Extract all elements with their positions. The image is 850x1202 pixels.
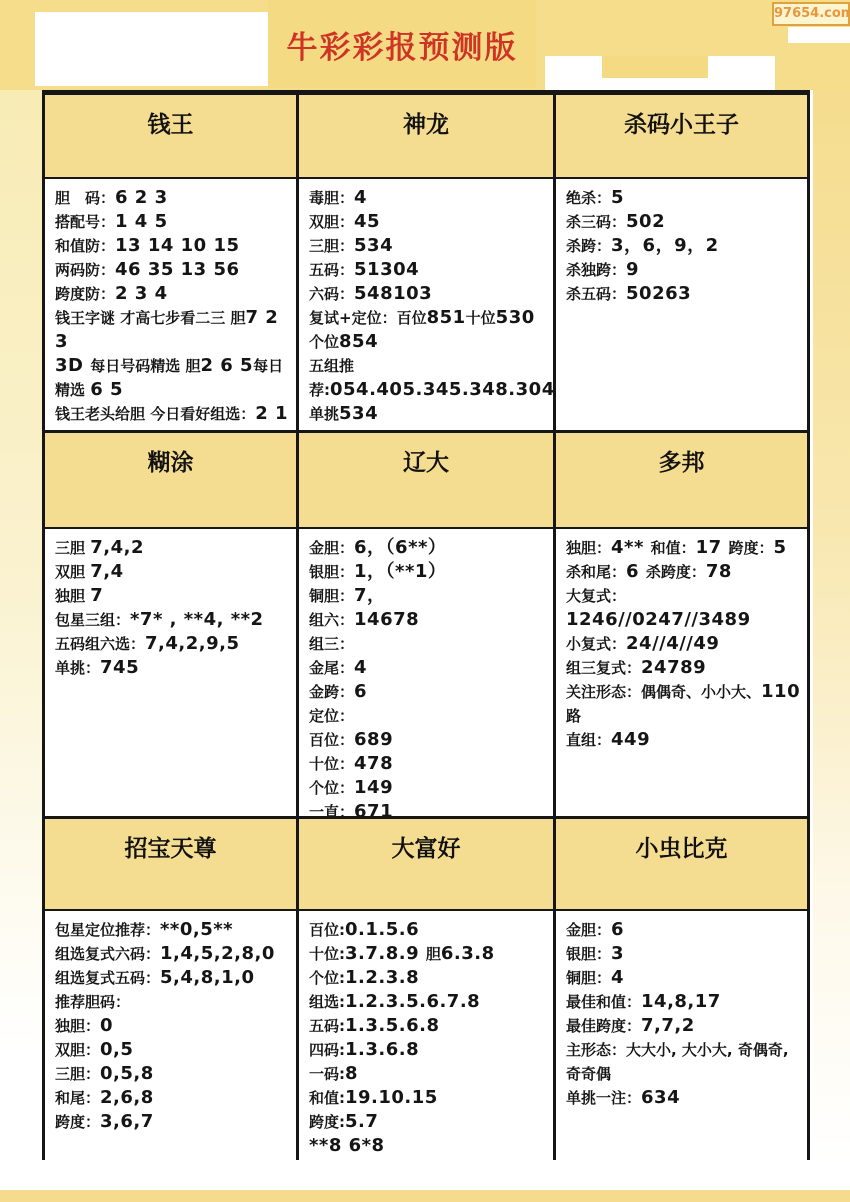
prediction-numbers: 3 xyxy=(198,427,211,430)
prediction-numbers: 14,8,17 xyxy=(641,991,721,1012)
prediction-numbers: 1,4,5,2,8,0 xyxy=(160,943,275,964)
panel-title: 多邦 xyxy=(556,433,807,529)
prediction-numbers: 6 xyxy=(626,561,646,582)
prediction-numbers: 4 xyxy=(611,967,624,988)
prediction-panel: 神龙毒胆：4双胆：45三胆：534五码：51304六码：548103复试+定位：… xyxy=(299,95,553,430)
panel-title: 招宝天尊 xyxy=(45,819,296,911)
prediction-line: 组选:1.2.3.5.6.7.8 xyxy=(309,990,547,1014)
prediction-line: 小复式：24//4//49 xyxy=(566,632,801,656)
prediction-numbers: 7,4 xyxy=(90,561,123,582)
prediction-line: 银胆：3 xyxy=(566,942,801,966)
panel-title: 杀码小王子 xyxy=(556,95,807,179)
panel-title: 神龙 xyxy=(299,95,553,179)
prediction-line: 金尾：4 xyxy=(309,656,547,680)
top-banner: 牛彩彩报预测版 97654.com xyxy=(0,0,850,90)
panel-title: 糊涂 xyxy=(45,433,296,529)
prediction-numbers: 854 xyxy=(339,331,378,352)
panel-body: 百位:0.1.5.6十位:3.7.8.9 胆6.3.8个位:1.2.3.8组选:… xyxy=(299,911,553,1160)
prediction-line: 单挑：745 xyxy=(55,656,290,680)
prediction-numbers: 6 xyxy=(611,919,624,940)
prediction-line: 三胆：534 xyxy=(309,234,547,258)
panel-body: 包星定位推荐：**0,5**组选复式六码：1,4,5,2,8,0组选复式五码：5… xyxy=(45,911,296,1160)
panel-title: 辽大 xyxy=(299,433,553,529)
prediction-numbers: 1.3.5.6.8 xyxy=(345,1015,439,1036)
prediction-line: 五码：51304 xyxy=(309,258,547,282)
right-margin xyxy=(813,90,850,1160)
prediction-numbers: 4 xyxy=(354,187,367,208)
prediction-line: 百位：689 xyxy=(309,728,547,752)
prediction-line: 杀三码：502 xyxy=(566,210,801,234)
prediction-numbers: 0,5,8 xyxy=(100,1063,154,1084)
prediction-line: 五组推荐:054.405.345.348.304. xyxy=(309,354,547,402)
prediction-line: 胆 码：6 2 3 xyxy=(55,186,290,210)
prediction-line: 跨度防：2 3 4 xyxy=(55,282,290,306)
prediction-panel: 辽大金胆：6，（6**）银胆：1，（**1）铜胆：7，组六：14678组三：金尾… xyxy=(299,433,553,816)
prediction-line: 最佳跨度：7,7,2 xyxy=(566,1014,801,1038)
prediction-line: 绝杀：5 xyxy=(566,186,801,210)
prediction-line: 主形态：大大小, 大小大, 奇偶奇, 奇奇偶 xyxy=(566,1038,801,1086)
prediction-panel: 小虫比克金胆：6银胆：3铜胆：4最佳和值：14,8,17最佳跨度：7,7,2主形… xyxy=(556,819,807,1160)
prediction-numbers: 548103 xyxy=(354,283,432,304)
prediction-numbers: 51304 xyxy=(354,259,419,280)
prediction-line: 组三： xyxy=(309,632,547,656)
prediction-line: 金胆：6 xyxy=(566,918,801,942)
prediction-line: 独胆：0 xyxy=(55,1014,290,1038)
prediction-line: 杀跨：3，6，9，2 xyxy=(566,234,801,258)
prediction-panel: 招宝天尊包星定位推荐：**0,5**组选复式六码：1,4,5,2,8,0组选复式… xyxy=(45,819,296,1160)
prediction-line: 和尾：2,6,8 xyxy=(55,1086,290,1110)
prediction-panel: 杀码小王子绝杀：5杀三码：502杀跨：3，6，9，2杀独跨：9杀五码：50263 xyxy=(556,95,807,430)
prediction-line: 组选复式五码：5,4,8,1,0 xyxy=(55,966,290,990)
prediction-numbers: 24789 xyxy=(641,657,706,678)
prediction-numbers: 46 35 13 56 xyxy=(115,259,240,280)
panel-title: 大富好 xyxy=(299,819,553,911)
panel-body: 独胆：4** 和值：17 跨度：5 杀和尾：6 杀跨度：78大复式：1246//… xyxy=(556,529,807,816)
panel-body: 三胆 7,4,2双胆 7,4独胆 7包星三组：*7* , **4, **2五码组… xyxy=(45,529,296,816)
prediction-numbers: 0.1.5.6 xyxy=(345,919,419,940)
prediction-line: 六码：548103 xyxy=(309,282,547,306)
prediction-line: 包星三组：*7* , **4, **2 xyxy=(55,608,290,632)
prediction-numbers: 4** xyxy=(611,537,651,558)
prediction-numbers: 2 1 3 xyxy=(55,403,288,430)
prediction-numbers: 5 xyxy=(774,537,787,558)
prediction-numbers: 24//4//49 xyxy=(626,633,719,654)
prediction-numbers: 851 xyxy=(427,307,466,328)
prediction-line: 百位:0.1.5.6 xyxy=(309,918,547,942)
prediction-line: 包星定位推荐：**0,5** xyxy=(55,918,290,942)
prediction-line: 两码防：46 35 13 56 xyxy=(55,258,290,282)
prediction-line: 3D 每日号码精选 胆2 6 5每日精选 6 5 xyxy=(55,354,290,402)
prediction-line: 搭配号：1 4 5 xyxy=(55,210,290,234)
prediction-numbers: 534 xyxy=(339,403,378,424)
prediction-numbers: 3D xyxy=(55,355,90,376)
prediction-line: 毒胆：4 xyxy=(309,186,547,210)
prediction-line: 钱王字谜 才高七步看二三 胆7 2 3 xyxy=(55,306,290,354)
prediction-numbers: **8 6*8 xyxy=(309,1135,385,1156)
prediction-numbers: 502 xyxy=(626,211,665,232)
prediction-numbers: 5,4,8,1,0 xyxy=(160,967,254,988)
prediction-line: 双胆：45 xyxy=(309,210,547,234)
prediction-numbers: 449 xyxy=(611,729,650,750)
prediction-line: 单挑一注：634 xyxy=(566,1086,801,1110)
prediction-numbers: 0 xyxy=(100,1015,113,1036)
prediction-line: 杀独跨：9 xyxy=(566,258,801,282)
prediction-line: 四码:1.3.6.8 xyxy=(309,1038,547,1062)
prediction-numbers: 634 xyxy=(641,1087,680,1108)
prediction-numbers: 7 2 3 xyxy=(55,307,278,352)
prediction-line: 五码组六选：7,4,2,9,5 xyxy=(55,632,290,656)
panel-body: 毒胆：4双胆：45三胆：534五码：51304六码：548103复试+定位：百位… xyxy=(299,179,553,430)
prediction-line: 单挑534 xyxy=(309,402,547,426)
prediction-line: 直组：449 xyxy=(566,728,801,752)
prediction-line: 钱王老头给胆 今日看好组选：2 1 3百位2 十位1 个位3 xyxy=(55,402,290,430)
prediction-numbers: 5 xyxy=(611,187,624,208)
prediction-numbers: 7,7,2 xyxy=(641,1015,695,1036)
prediction-numbers: 14678 xyxy=(354,609,419,630)
panel-title: 小虫比克 xyxy=(556,819,807,911)
prediction-numbers: 7,4,2,9,5 xyxy=(145,633,239,654)
prediction-line: 复试+定位：百位851十位530个位854 xyxy=(309,306,547,354)
panel-body: 绝杀：5杀三码：502杀跨：3，6，9，2杀独跨：9杀五码：50263 xyxy=(556,179,807,430)
prediction-numbers: 745 xyxy=(100,657,139,678)
prediction-numbers: 1.2.3.8 xyxy=(345,967,419,988)
prediction-numbers: 530 xyxy=(496,307,535,328)
prediction-numbers: 3 xyxy=(611,943,624,964)
prediction-numbers: 6 2 3 xyxy=(115,187,168,208)
prediction-line: 一直：671 xyxy=(309,800,547,816)
prediction-panel: 钱王胆 码：6 2 3搭配号：1 4 5和值防：13 14 10 15两码防：4… xyxy=(45,95,296,430)
prediction-line: 个位:1.2.3.8 xyxy=(309,966,547,990)
bottom-margin xyxy=(0,1190,850,1202)
prediction-numbers: 6.3.8 xyxy=(441,943,495,964)
prediction-numbers: 054.405.345.348.304. xyxy=(330,379,553,400)
prediction-line: 金跨：6 xyxy=(309,680,547,704)
prediction-numbers: 7， xyxy=(354,585,386,606)
prediction-numbers: **0,5** xyxy=(160,919,233,940)
blank-notch xyxy=(788,27,850,43)
prediction-numbers: 1，（**1） xyxy=(354,561,446,582)
prediction-numbers: *7* , **4, **2 xyxy=(130,609,264,630)
prediction-board: 钱王胆 码：6 2 3搭配号：1 4 5和值防：13 14 10 15两码防：4… xyxy=(42,90,810,1160)
prediction-line: 跨度：3,6,7 xyxy=(55,1110,290,1134)
prediction-line: 三胆：0,5,8 xyxy=(55,1062,290,1086)
prediction-line: 组三复式：24789 xyxy=(566,656,801,680)
prediction-line: 推荐胆码： xyxy=(55,990,290,1014)
prediction-numbers: 50263 xyxy=(626,283,691,304)
prediction-numbers: 1 xyxy=(148,427,168,430)
prediction-line: 铜胆：7， xyxy=(309,584,547,608)
prediction-numbers: 2 6 5 xyxy=(200,355,253,376)
panel-body: 金胆：6银胆：3铜胆：4最佳和值：14,8,17最佳跨度：7,7,2主形态：大大… xyxy=(556,911,807,1160)
prediction-numbers: 689 xyxy=(354,729,393,750)
prediction-line: 杀五码：50263 xyxy=(566,282,801,306)
prediction-numbers: 4 xyxy=(354,657,367,678)
prediction-line: 和值防：13 14 10 15 xyxy=(55,234,290,258)
prediction-numbers: 1 4 5 xyxy=(115,211,168,232)
prediction-line: 双胆 7,4 xyxy=(55,560,290,584)
prediction-numbers: 17 xyxy=(696,537,729,558)
prediction-numbers: 2 xyxy=(98,427,118,430)
prediction-numbers: 534 xyxy=(354,235,393,256)
prediction-line: 铜胆：4 xyxy=(566,966,801,990)
prediction-numbers: 45 xyxy=(354,211,380,232)
panel-body: 金胆：6，（6**）银胆：1，（**1）铜胆：7，组六：14678组三：金尾：4… xyxy=(299,529,553,816)
prediction-numbers: 1.3.6.8 xyxy=(345,1039,419,1060)
prediction-line: 关注形态：偶偶奇、小小大、110路 xyxy=(566,680,801,728)
prediction-line: 一码:8 xyxy=(309,1062,547,1086)
prediction-numbers: 671 xyxy=(354,801,393,816)
prediction-line: 独胆：4** 和值：17 跨度：5 杀和尾：6 杀跨度：78 xyxy=(566,536,801,584)
prediction-numbers: 13 14 10 15 xyxy=(115,235,240,256)
prediction-line: 双胆：0,5 xyxy=(55,1038,290,1062)
prediction-line: 金胆：6，（6**） xyxy=(309,536,547,560)
prediction-line: 个位：149 xyxy=(309,776,547,800)
prediction-numbers: 8 xyxy=(345,1063,358,1084)
prediction-line: **8 6*8 xyxy=(309,1134,547,1158)
prediction-line: 十位：478 xyxy=(309,752,547,776)
panel-title: 钱王 xyxy=(45,95,296,179)
prediction-numbers: 6，（6**） xyxy=(354,537,446,558)
prediction-numbers: 78 xyxy=(706,561,732,582)
prediction-line: 十位:3.7.8.9 胆6.3.8 xyxy=(309,942,547,966)
prediction-numbers: 5.7 xyxy=(345,1111,378,1132)
prediction-line: 组六：14678 xyxy=(309,608,547,632)
lottery-prediction-sheet: 牛彩彩报预测版 97654.com 钱王胆 码：6 2 3搭配号：1 4 5和值… xyxy=(0,0,850,1202)
prediction-numbers: 3，6，9，2 xyxy=(611,235,719,256)
prediction-numbers: 7,4,2 xyxy=(90,537,144,558)
prediction-numbers: 2,6,8 xyxy=(100,1087,154,1108)
prediction-numbers: 478 xyxy=(354,753,393,774)
prediction-line: 跨度:5.7 xyxy=(309,1110,547,1134)
prediction-numbers: 0,5 xyxy=(100,1039,133,1060)
prediction-numbers: 7 xyxy=(90,585,103,606)
prediction-numbers: 9 xyxy=(626,259,639,280)
prediction-line: 银胆：1，（**1） xyxy=(309,560,547,584)
prediction-numbers: 6 5 xyxy=(90,379,123,400)
page-title: 牛彩彩报预测版 xyxy=(268,22,536,67)
prediction-line: 和值:19.10.15 xyxy=(309,1086,547,1110)
prediction-numbers: 1.2.3.5.6.7.8 xyxy=(345,991,480,1012)
prediction-numbers: 3.7.8.9 xyxy=(345,943,426,964)
prediction-numbers: 2 3 4 xyxy=(115,283,168,304)
prediction-numbers: 110 xyxy=(761,681,800,702)
panel-body: 胆 码：6 2 3搭配号：1 4 5和值防：13 14 10 15两码防：46 … xyxy=(45,179,296,430)
watermark-badge: 97654.com xyxy=(772,2,850,26)
prediction-numbers: 6 xyxy=(354,681,367,702)
prediction-panel: 多邦独胆：4** 和值：17 跨度：5 杀和尾：6 杀跨度：78大复式：1246… xyxy=(556,433,807,816)
prediction-line: 五码:1.3.5.6.8 xyxy=(309,1014,547,1038)
prediction-line: 组选复式六码：1,4,5,2,8,0 xyxy=(55,942,290,966)
prediction-numbers: 19.10.15 xyxy=(345,1087,438,1108)
prediction-line: 最佳和值：14,8,17 xyxy=(566,990,801,1014)
prediction-line: 大复式：1246//0247//3489 xyxy=(566,584,801,632)
blank-box xyxy=(35,12,268,86)
prediction-line: 定位： xyxy=(309,704,547,728)
prediction-panel: 大富好百位:0.1.5.6十位:3.7.8.9 胆6.3.8个位:1.2.3.8… xyxy=(299,819,553,1160)
left-margin xyxy=(0,90,42,1160)
prediction-numbers: 149 xyxy=(354,777,393,798)
prediction-panel: 糊涂三胆 7,4,2双胆 7,4独胆 7包星三组：*7* , **4, **2五… xyxy=(45,433,296,816)
prediction-line: 三胆 7,4,2 xyxy=(55,536,290,560)
prediction-numbers: 1246//0247//3489 xyxy=(566,609,751,630)
yellow-tab xyxy=(602,56,708,78)
prediction-numbers: 3,6,7 xyxy=(100,1111,154,1132)
prediction-line: 独胆 7 xyxy=(55,584,290,608)
